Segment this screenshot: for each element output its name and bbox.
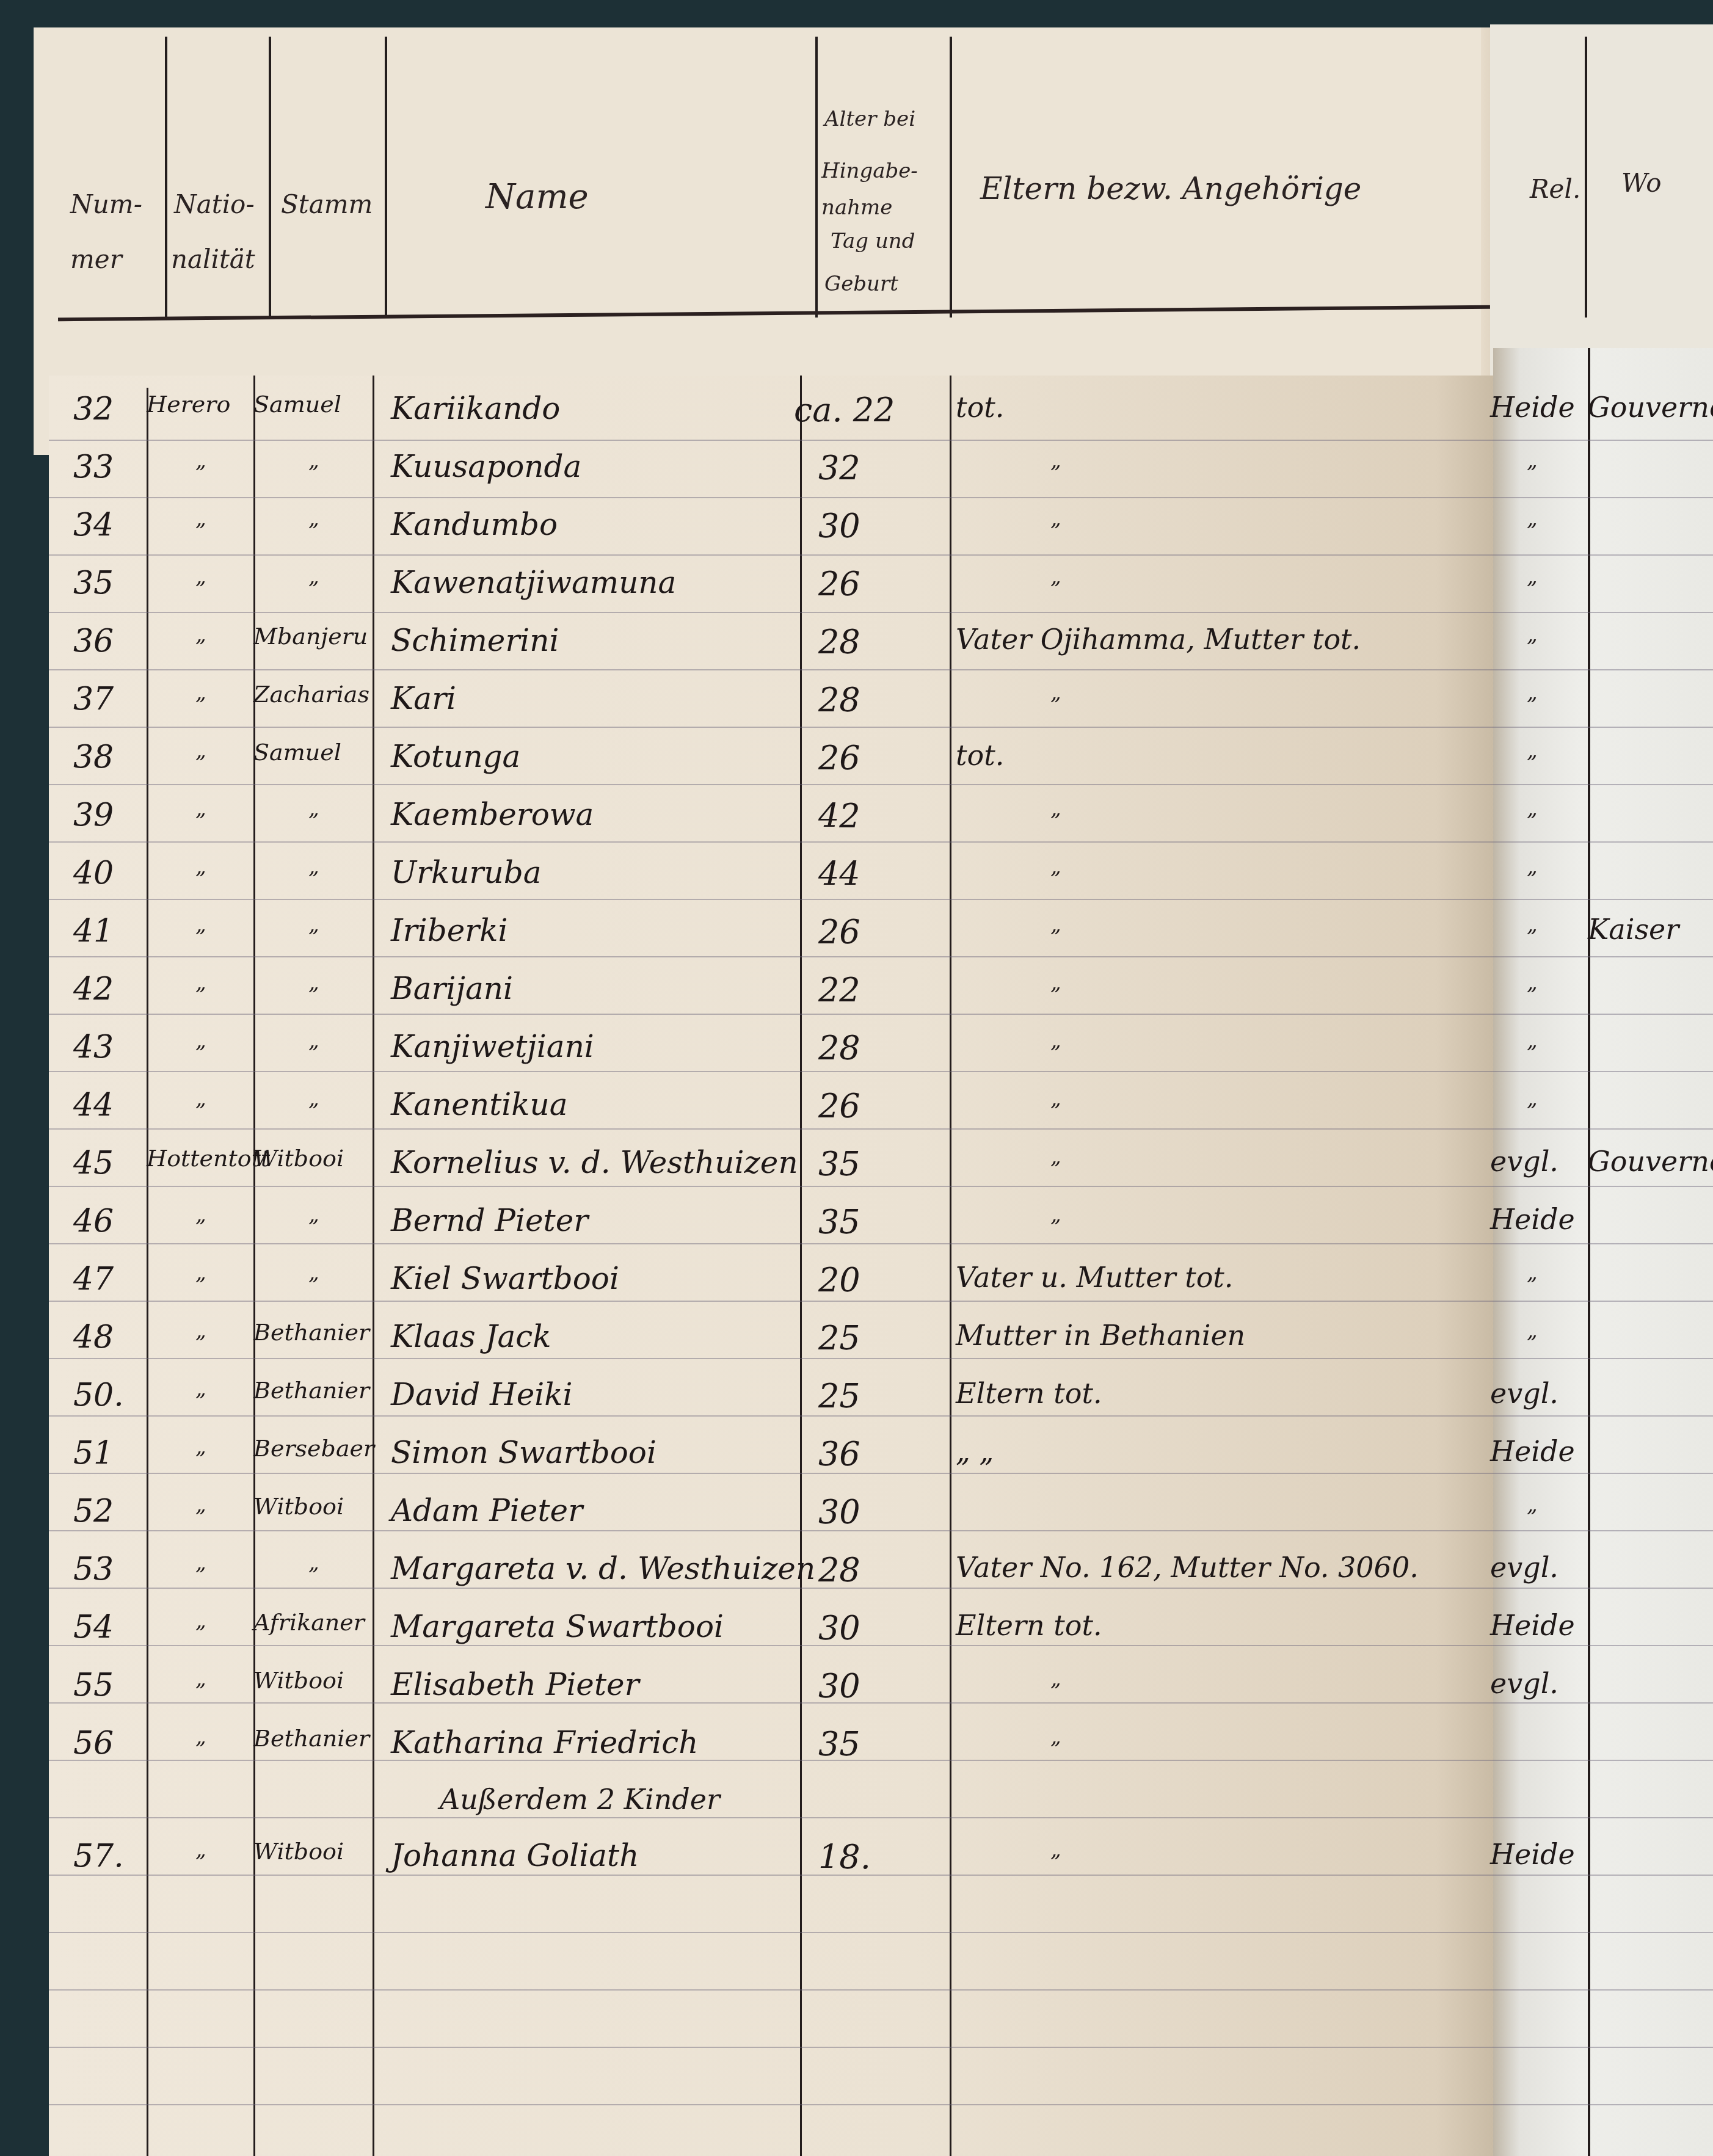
tribe: Bethanier (253, 1725, 369, 1752)
nationality: „ (195, 1261, 206, 1285)
residence: Gouvernement Werft (1588, 391, 1713, 424)
nationality: „ (195, 623, 206, 647)
nationality: „ (195, 1087, 206, 1111)
entry-number: 40 (73, 855, 114, 891)
person-name: Kiel Swartbooi (391, 1261, 619, 1296)
entry-number: 38 (73, 739, 114, 775)
nationality: „ (195, 739, 206, 763)
table-row: 54„AfrikanerMargareta Swartbooi30Eltern … (0, 1609, 1713, 1664)
parents-relatives: „ (1050, 1725, 1061, 1749)
header-divider (269, 37, 271, 318)
entry-number: 52 (73, 1493, 114, 1530)
header-nummer-2: mer (70, 244, 122, 274)
tribe: Zacharias (253, 681, 369, 708)
residence: Gouvernement (1588, 1145, 1713, 1178)
religion: „ (1527, 1319, 1538, 1343)
tribe: Witbooi (253, 1145, 344, 1172)
parents-relatives: „ (1050, 565, 1061, 589)
age: 30 (818, 1493, 860, 1531)
header-eltern: Eltern bezw. Angehörige (980, 171, 1361, 206)
header-nationalitaet-2: nalität (171, 244, 255, 274)
table-row: 37„ZachariasKari28„„ (0, 681, 1713, 736)
entry-number: 55 (73, 1667, 114, 1704)
person-name: Kari (391, 681, 456, 716)
nationality: „ (195, 1377, 206, 1401)
person-name: Kanjiwetjiani (391, 1029, 594, 1064)
age: 28 (818, 623, 860, 661)
parents-relatives: „ (1050, 1667, 1061, 1691)
table-row: 33„„Kuusaponda32„„ (0, 449, 1713, 504)
table-row: 55„WitbooiElisabeth Pieter30„evgl. (0, 1667, 1713, 1722)
parents-relatives: „ (1050, 449, 1061, 473)
tribe: „ (308, 971, 319, 995)
age: 35 (818, 1725, 860, 1763)
parents-relatives: „ (1050, 797, 1061, 821)
nationality: „ (195, 797, 206, 821)
parents-relatives: „ (1050, 1838, 1061, 1862)
entry-number: 41 (73, 913, 114, 949)
person-name: Elisabeth Pieter (391, 1667, 639, 1702)
religion: „ (1527, 1493, 1538, 1517)
person-name: David Heiki (391, 1377, 573, 1412)
table-row: 32HereroSamuelKariikandoca. 22tot.HeideG… (0, 391, 1713, 446)
table-row: 53„„Margareta v. d. Westhuizen28Vater No… (0, 1551, 1713, 1606)
ruled-line (49, 2047, 1713, 2048)
header-name: Name (486, 177, 589, 217)
person-name: Simon Swartbooi (391, 1435, 656, 1470)
header-wo: Wo (1621, 168, 1662, 198)
tribe: Mbanjeru (253, 623, 368, 650)
tribe: Bersebaer (253, 1435, 374, 1462)
header-divider (1585, 37, 1587, 318)
person-name: Klaas Jack (391, 1319, 551, 1354)
religion: „ (1527, 565, 1538, 589)
entry-number: 42 (73, 971, 114, 1007)
table-header: Num- mer Natio- nalität Stamm Name Alter… (58, 37, 1713, 318)
parents-relatives: „ (1050, 1203, 1061, 1227)
nationality: „ (195, 1838, 206, 1862)
nationality: „ (195, 913, 206, 937)
age: 42 (818, 797, 860, 835)
entry-number: 44 (73, 1087, 114, 1123)
table-row: 51„BersebaerSimon Swartbooi36„ „Heide (0, 1435, 1713, 1490)
entry-number: 34 (73, 507, 114, 543)
person-name: Kaemberowa (391, 797, 594, 832)
nationality: „ (195, 1029, 206, 1053)
entry-number: 32 (73, 391, 114, 427)
nationality: „ (195, 1667, 206, 1691)
table-row: 45HottentottWitbooiKornelius v. d. Westh… (0, 1145, 1713, 1200)
tribe: Bethanier (253, 1377, 369, 1404)
header-nummer: Num- (70, 189, 142, 219)
religion: „ (1527, 507, 1538, 531)
header-divider (815, 37, 818, 318)
nationality: „ (195, 1493, 206, 1517)
tribe: Witbooi (253, 1838, 344, 1865)
table-row: 46„„Bernd Pieter35„Heide (0, 1203, 1713, 1258)
entry-number: 50. (73, 1377, 124, 1414)
entry-number: 47 (73, 1261, 114, 1298)
entry-number: 51 (73, 1435, 114, 1472)
table-row: 56„BethanierKatharina Friedrich35„Außerd… (0, 1725, 1713, 1780)
age: 26 (818, 739, 860, 777)
person-name: Kawenatjiwamuna (391, 565, 676, 600)
person-name: Margareta Swartbooi (391, 1609, 724, 1644)
entry-number: 57. (73, 1838, 124, 1875)
person-name: Johanna Goliath (391, 1838, 639, 1873)
age: 28 (818, 1551, 860, 1589)
parents-relatives: „ (1050, 507, 1061, 531)
tribe: „ (308, 1029, 319, 1053)
age: 18. (818, 1838, 871, 1876)
entry-number: 56 (73, 1725, 114, 1762)
age: 30 (818, 1609, 860, 1647)
table-row: 57.„WitbooiJohanna Goliath18.„Heide (0, 1838, 1713, 1893)
entry-number: 36 (73, 623, 114, 659)
tribe: Samuel (253, 739, 341, 766)
age: ca. 22 (794, 391, 895, 429)
table-row: 50.„BethanierDavid Heiki25Eltern tot.evg… (0, 1377, 1713, 1432)
tribe: Bethanier (253, 1319, 369, 1346)
tribe: Samuel (253, 391, 341, 418)
age: 26 (818, 1087, 860, 1125)
person-name: Kariikando (391, 391, 560, 426)
religion: Heide (1490, 1609, 1575, 1642)
residence: Kaiser (1588, 913, 1679, 946)
religion: „ (1527, 971, 1538, 995)
nationality: „ (195, 1435, 206, 1459)
nationality: „ (195, 681, 206, 705)
nationality: „ (195, 971, 206, 995)
ruled-line (49, 1932, 1713, 1933)
person-name: Urkuruba (391, 855, 541, 890)
entry-number: 33 (73, 449, 114, 485)
header-alter-4: Tag und (831, 229, 915, 253)
tribe: „ (308, 1551, 319, 1575)
table-row: 48„BethanierKlaas Jack25Mutter in Bethan… (0, 1319, 1713, 1374)
entry-number: 54 (73, 1609, 114, 1646)
person-name: Kandumbo (391, 507, 558, 542)
person-name: Katharina Friedrich (391, 1725, 698, 1760)
tribe: „ (308, 797, 319, 821)
tribe: „ (308, 855, 319, 879)
parents-relatives: Vater u. Mutter tot. (956, 1261, 1233, 1294)
religion: Heide (1490, 1838, 1575, 1871)
header-alter-5: Geburt (824, 272, 898, 296)
entry-number: 37 (73, 681, 114, 717)
nationality: „ (195, 1203, 206, 1227)
table-row: 36„MbanjeruSchimerini28Vater Ojihamma, M… (0, 623, 1713, 678)
age: 35 (818, 1145, 860, 1183)
nationality: „ (195, 449, 206, 473)
tribe: Witbooi (253, 1493, 344, 1520)
header-stamm: Stamm (281, 189, 373, 219)
tribe: „ (308, 565, 319, 589)
entry-number: 45 (73, 1145, 114, 1181)
age: 30 (818, 507, 860, 545)
person-name: Bernd Pieter (391, 1203, 588, 1238)
age: 35 (818, 1203, 860, 1241)
header-divider (950, 37, 952, 318)
person-name: Barijani (391, 971, 513, 1006)
religion: „ (1527, 797, 1538, 821)
nationality: „ (195, 507, 206, 531)
person-name: Margareta v. d. Westhuizen (391, 1551, 815, 1586)
table-row: 39„„Kaemberowa42„„ (0, 797, 1713, 852)
table-row: 43„„Kanjiwetjiani28„„ (0, 1029, 1713, 1084)
table-row: 38„SamuelKotunga26tot.„ (0, 739, 1713, 794)
religion: „ (1527, 623, 1538, 647)
religion: „ (1527, 855, 1538, 879)
nationality: „ (195, 1725, 206, 1749)
header-alter-1: Alter bei (824, 107, 915, 131)
tribe: „ (308, 1203, 319, 1227)
entry-number: 48 (73, 1319, 114, 1356)
parents-relatives: Eltern tot. (956, 1377, 1102, 1410)
religion: Heide (1490, 391, 1575, 424)
parents-relatives: „ (1050, 1145, 1061, 1169)
parents-relatives: „ (1050, 1087, 1061, 1111)
header-divider (165, 37, 167, 318)
person-name: Adam Pieter (391, 1493, 583, 1528)
person-name: Kotunga (391, 739, 520, 774)
header-alter-2: Hingabe- (821, 159, 918, 183)
tribe: „ (308, 1261, 319, 1285)
parents-relatives: Vater No. 162, Mutter No. 3060. (956, 1551, 1419, 1584)
religion: „ (1527, 739, 1538, 763)
age: 25 (818, 1377, 860, 1415)
religion: „ (1527, 449, 1538, 473)
ruled-line (49, 1817, 1713, 1818)
religion: Heide (1490, 1203, 1575, 1236)
header-divider (385, 37, 387, 318)
tribe: Afrikaner (253, 1609, 365, 1636)
nationality: „ (195, 1319, 206, 1343)
tribe: Witbooi (253, 1667, 344, 1694)
age: 26 (818, 913, 860, 951)
header-rel: Rel. (1530, 174, 1580, 204)
person-name: Schimerini (391, 623, 559, 658)
parents-relatives: Vater Ojihamma, Mutter tot. (956, 623, 1361, 656)
parents-relatives: tot. (956, 739, 1004, 772)
nationality: „ (195, 855, 206, 879)
nationality: „ (195, 1551, 206, 1575)
religion: „ (1527, 913, 1538, 937)
age: 22 (818, 971, 860, 1009)
tribe: „ (308, 1087, 319, 1111)
tribe: „ (308, 913, 319, 937)
nationality: „ (195, 1609, 206, 1633)
parents-relatives: tot. (956, 391, 1004, 424)
ruled-line (49, 1989, 1713, 1991)
entry-number: 53 (73, 1551, 114, 1588)
age: 36 (818, 1435, 860, 1473)
parents-relatives: „ (1050, 855, 1061, 879)
parents-relatives: „ „ (956, 1435, 994, 1468)
table-row: 34„„Kandumbo30„„ (0, 507, 1713, 562)
religion: evgl. (1490, 1377, 1558, 1410)
religion: „ (1527, 1261, 1538, 1285)
age: 26 (818, 565, 860, 603)
parents-relatives: „ (1050, 971, 1061, 995)
nationality: Hottentott (147, 1145, 270, 1172)
person-name: Kuusaponda (391, 449, 581, 484)
nationality: Herero (147, 391, 230, 418)
entry-number: 35 (73, 565, 114, 601)
person-name: Kornelius v. d. Westhuizen (391, 1145, 798, 1180)
parents-relatives: Mutter in Bethanien (956, 1319, 1245, 1352)
table-row: 35„„Kawenatjiwamuna26„„ (0, 565, 1713, 620)
entry-number: 43 (73, 1029, 114, 1065)
age: 28 (818, 1029, 860, 1067)
header-nationalitaet: Natio- (174, 189, 255, 219)
age: 25 (818, 1319, 860, 1357)
table-row: 52„WitbooiAdam Pieter30„ (0, 1493, 1713, 1548)
table-row: 47„„Kiel Swartbooi20Vater u. Mutter tot.… (0, 1261, 1713, 1316)
parents-relatives: „ (1050, 681, 1061, 705)
religion: evgl. (1490, 1145, 1558, 1178)
religion: „ (1527, 1087, 1538, 1111)
religion: „ (1527, 681, 1538, 705)
ruled-line (49, 2104, 1713, 2105)
person-name: Iriberki (391, 913, 507, 948)
age: 30 (818, 1667, 860, 1705)
religion: Heide (1490, 1435, 1575, 1468)
age: 28 (818, 681, 860, 719)
table-row: 42„„Barijani22„„ (0, 971, 1713, 1026)
parents-relatives: Eltern tot. (956, 1609, 1102, 1642)
age: 44 (818, 855, 860, 893)
table-row: 41„„Iriberki26„„Kaiser (0, 913, 1713, 968)
parents-relatives: „ (1050, 913, 1061, 937)
religion: „ (1527, 1029, 1538, 1053)
entry-number: 39 (73, 797, 114, 833)
sub-note: Außerdem 2 Kinder (440, 1783, 720, 1816)
nationality: „ (195, 565, 206, 589)
tribe: „ (308, 507, 319, 531)
person-name: Kanentikua (391, 1087, 568, 1122)
table-row: 44„„Kanentikua26„„ (0, 1087, 1713, 1142)
religion: evgl. (1490, 1551, 1558, 1584)
header-alter-3: nahme (821, 195, 892, 220)
age: 20 (818, 1261, 860, 1299)
entry-number: 46 (73, 1203, 114, 1240)
tribe: „ (308, 449, 319, 473)
parents-relatives: „ (1050, 1029, 1061, 1053)
religion: evgl. (1490, 1667, 1558, 1700)
age: 32 (818, 449, 860, 487)
table-row: 40„„Urkuruba44„„ (0, 855, 1713, 910)
